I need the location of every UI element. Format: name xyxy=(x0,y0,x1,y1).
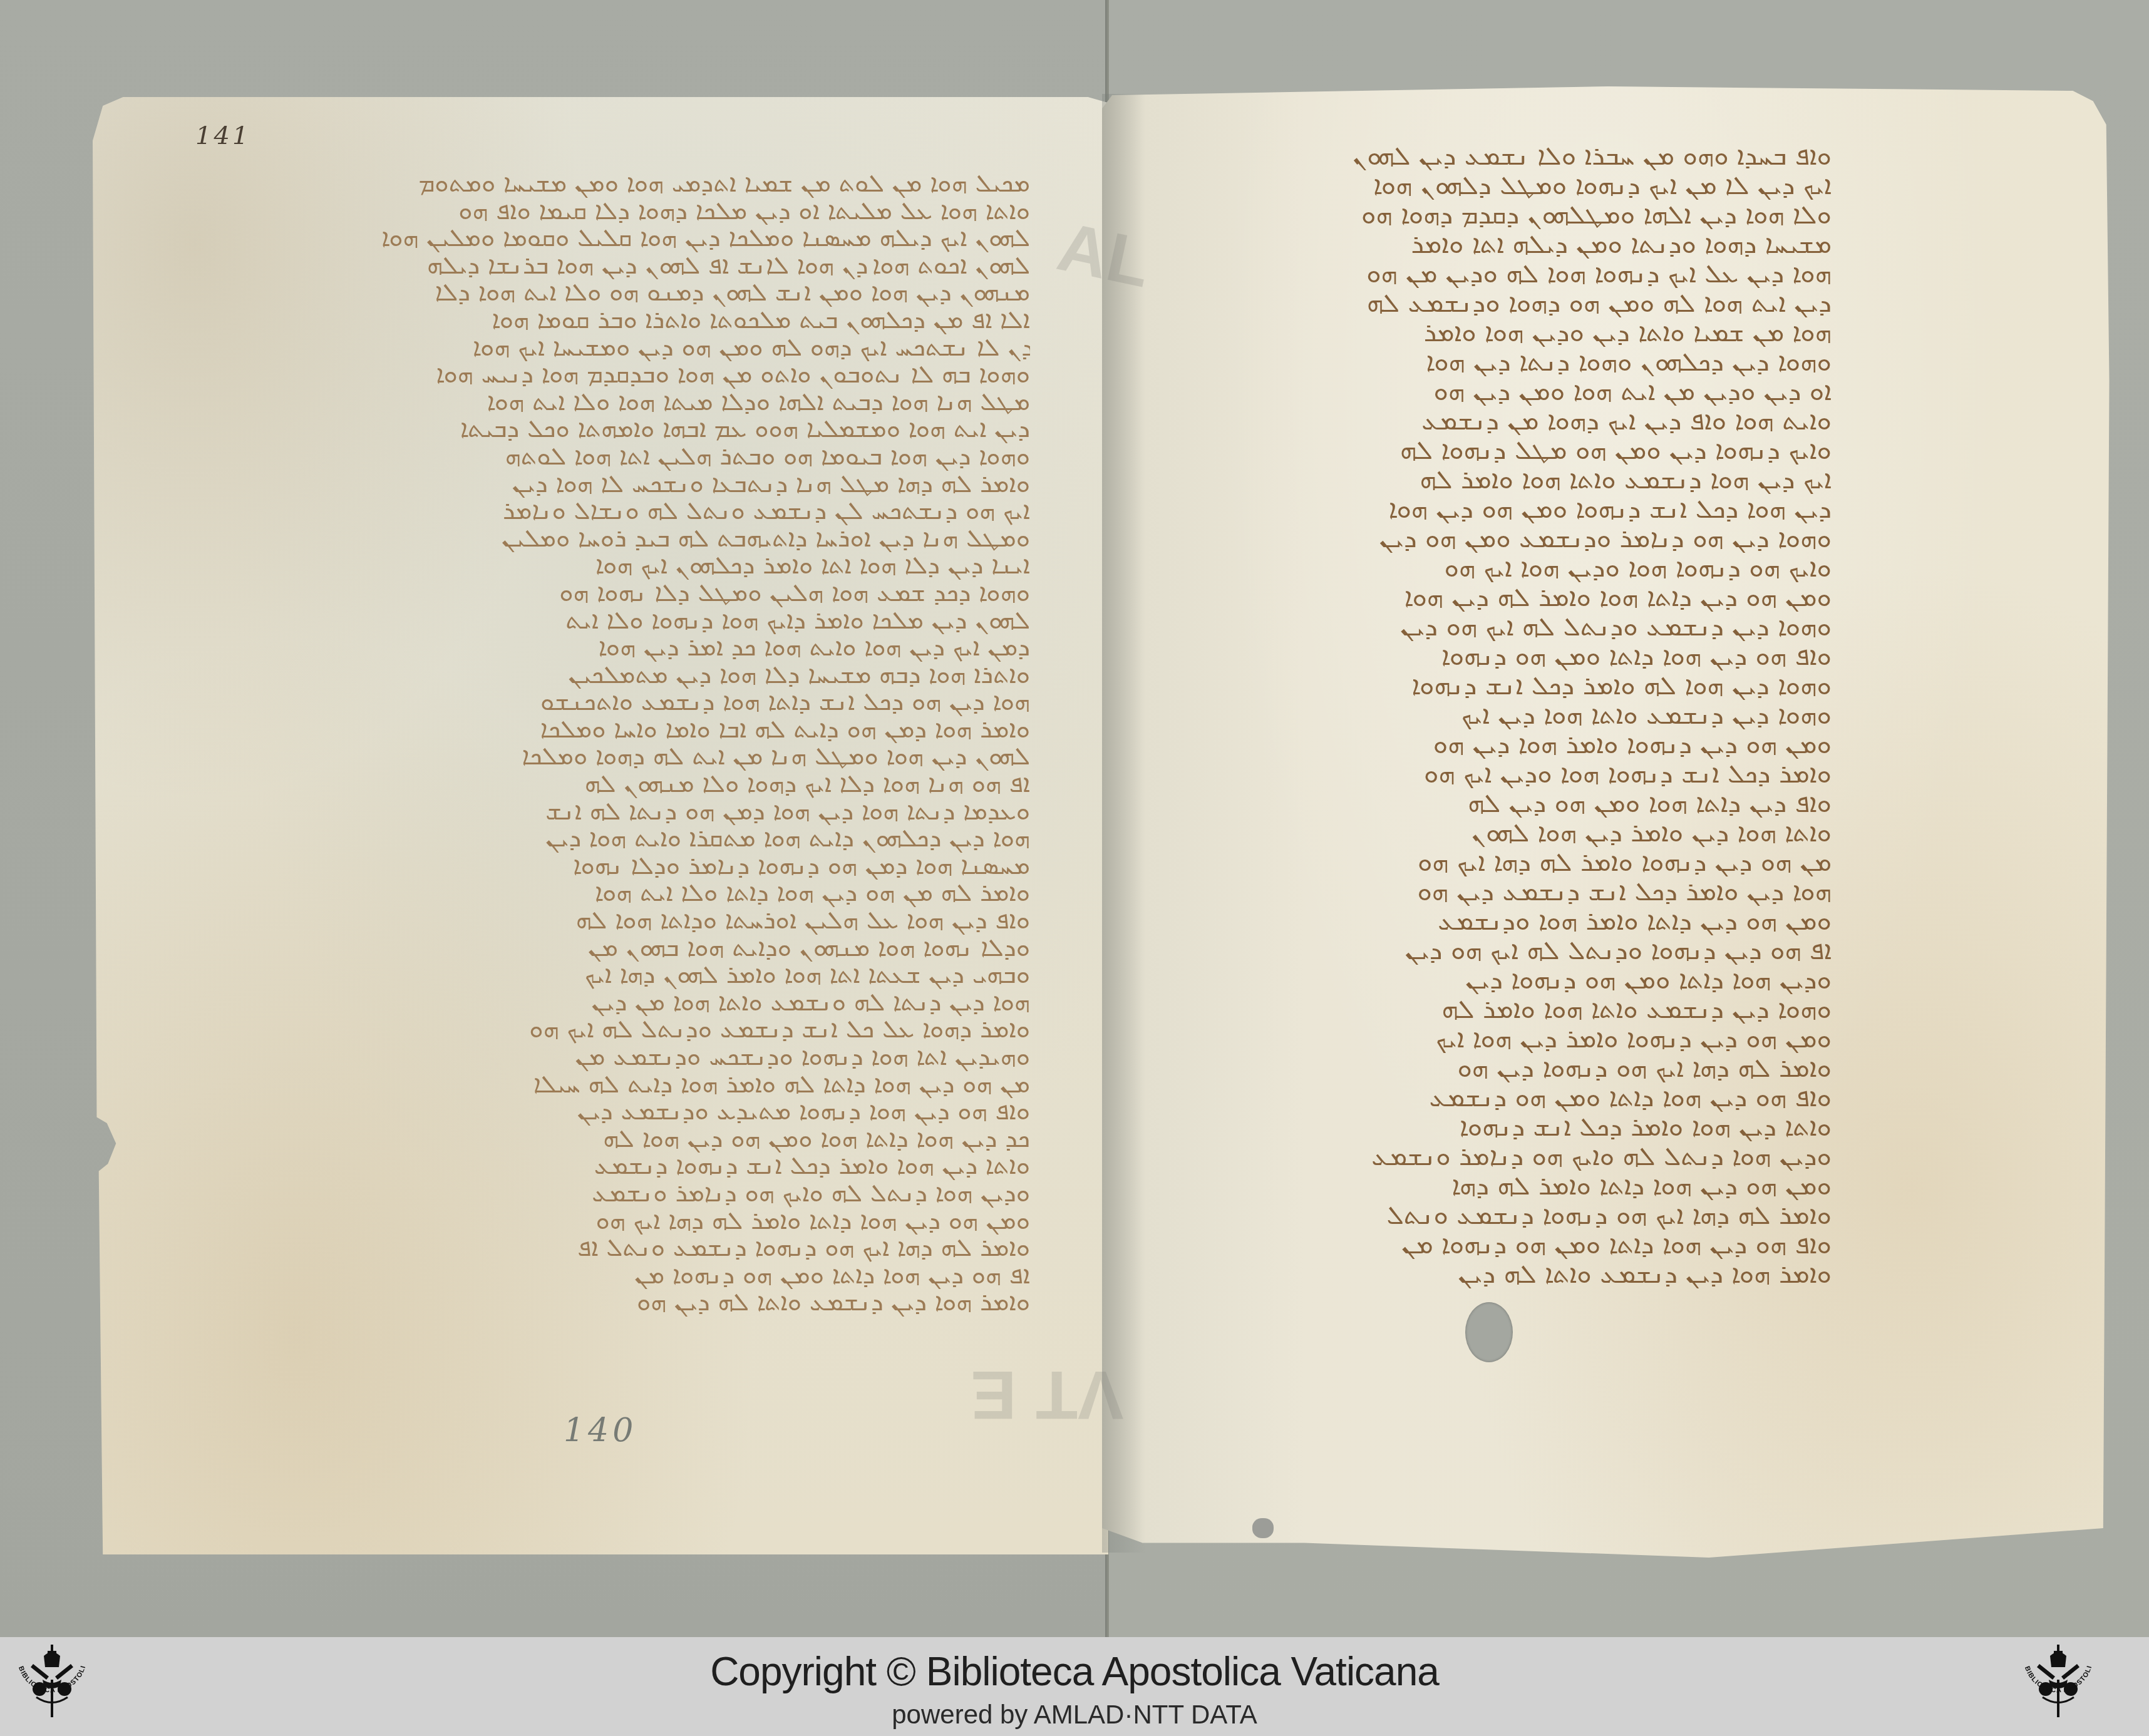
manuscript-line: ܗܘܐ ܕܝܢ ܕܟܠܗܘܢ ܕܐܝܬ ܗܘܐ ܡܬܩܪܐ ܘܐܝܬ ܗܘܐ ܕ… xyxy=(269,825,1030,853)
manuscript-line: ܘܗܘܐ ܕܝܢ ܕܢܫܡܥ ܘܐܬܐ ܗܘܐ ܕܝܢ ܐܝܟ xyxy=(1162,700,1832,729)
copyright-text: Copyright © Biblioteca Apostolica Vatica… xyxy=(0,1648,2149,1695)
manuscript-line: ܠܗܘܢ ܐܟܘܬ ܗܘܐ ܕܢ ܗܘܐ ܠܐܢܫ ܐܦ ܠܗܘܢ ܕܝܢ ܗܘ… xyxy=(269,252,1030,280)
manuscript-line: ܘܡܛܠ ܗܢܐ ܕܝܢ ܐܘܪܚܐ ܕܐܬܝܗܒܬ ܠܗ ܒܝܕ ܪܘܚܐ ܘ… xyxy=(269,525,1030,553)
manuscript-line: ܘܗܘܐ ܕܝܢ ܕܢܫܡܥ ܘܕܢܬܠ ܠܗ ܐܝܟ ܗܘ ܕܝܢ xyxy=(1162,612,1832,641)
manuscript-line: ܘܗܘܐ ܕܝܢ ܕܢܫܡܥ ܘܐܬܐ ܗܘܐ ܘܐܡܪ ܠܗ xyxy=(1162,994,1832,1024)
manuscript-line: ܡܛܠ ܗܢܐ ܗܘܐ ܕܒܝܬ ܐܠܗܐ ܘܕܠܐ ܡܝܬܐ ܗܘܐ ܘܠܐ … xyxy=(269,389,1030,416)
manuscript-line: ܘܐܡܪ ܠܗ ܕܗܐ ܐܝܟ ܗܘ ܕܢܗܘܐ ܕܝܢ ܗܘ xyxy=(1162,1053,1832,1082)
vatican-library-logo-icon: BIBLIOTECA APOSTOLICA VATICANA xyxy=(2011,1642,2105,1733)
manuscript-line: ܘܡܢ ܗܘ ܕܝܢ ܕܢܗܘܐ ܘܐܡܪ ܕܝܢ ܗܘܐ ܐܝܟ xyxy=(1162,1024,1832,1053)
manuscript-line: ܘܡܢ ܗܘ ܕܝܢ ܕܐܬܐ ܘܐܡܪ ܗܘܐ ܘܕܢܫܡܥ xyxy=(1162,906,1832,935)
manuscript-line: ܕܝܢ ܐܝܬ ܗܘܐ ܠܗ ܘܡܢ ܗܘ ܕܗܘܐ ܘܕܢܫܡܥ ܠܗ xyxy=(1162,288,1832,317)
manuscript-line: ܕܝܢ ܐܝܬ ܗܘܐ ܘܡܫܡܠܝܐ ܗܘܘ ܥܡ ܐܒܗܐ ܘܐܡܗܬܐ ܘ… xyxy=(269,416,1030,443)
manuscript-line: ܐܠܐ ܐܦ ܡܢ ܕܟܠܗܘܢ ܒܝܬ ܡܠܟܘܬܐ ܘܐܬܪܐ ܘܒܪ ܩܘ… xyxy=(269,307,1030,334)
manuscript-line: ܘܐܬܐ ܕܝܢ ܗܘܐ ܘܐܡܪ ܕܟܠ ܐܢܫ ܕܢܗܘܐ ܕܢܫܡܥ xyxy=(269,1153,1030,1180)
manuscript-line: ܘܐܡܪ ܕܟܠ ܐܢܫ ܕܢܗܘܐ ܗܘܐ ܘܕܝܢ ܐܝܟ ܗܘ xyxy=(1162,759,1832,788)
manuscript-line: ܐܝܢܐ ܕܝܢ ܕܠܐ ܗܘܐ ܐܬܐ ܘܐܡܪ ܕܟܠܗܘܢ ܐܝܟ ܗܘܐ xyxy=(269,552,1030,580)
manuscript-line: ܘܐܦ ܕܝܢ ܗܘܐ ܥܠ ܗܠܝܢ ܐܘܪܚܬܐ ܘܕܐܬܐ ܗܘܐ ܠܗ xyxy=(269,907,1030,935)
manuscript-line: ܘܐܡܪ ܠܗ ܕܗܐ ܡܛܠ ܗܢܐ ܕܢܬܒܥܐ ܘܢܫܟܚ ܠܐ ܗܘܐ … xyxy=(269,471,1030,498)
manuscript-line: ܠܗܘܢ ܕܝܢ ܡܠܟܐ ܘܐܡܪ ܕܐܝܟ ܗܘܐ ܕܢܗܘܐ ܘܠܐ ܐܝ… xyxy=(269,607,1030,635)
manuscript-line: ܘܗܘܐ ܕܝܢ ܗܘܐ ܠܗ ܘܐܡܪ ܕܟܠ ܐܢܫ ܕܢܗܘܐ xyxy=(1162,670,1832,700)
manuscript-line: ܘܐܦ ܗܘ ܕܝܢ ܗܘܐ ܕܢܗܘܐ ܡܬܝܕܥ ܘܕܢܫܡܥ ܕܝܢ xyxy=(269,1098,1030,1126)
svg-text:BIBLIOTECA APOSTOLICA VATICANA: BIBLIOTECA APOSTOLICA VATICANA xyxy=(2011,1642,2093,1694)
powered-by-text: powered by AMLAD·NTT DATA xyxy=(0,1700,2149,1730)
manuscript-line: ܕܝܢ ܗܘܐ ܕܟܠ ܐܢܫ ܕܢܗܘܐ ܘܡܢ ܗܘ ܕܝܢ ܗܘܐ xyxy=(1162,494,1832,523)
manuscript-line: ܡܢ ܗܘ ܕܝܢ ܗܘܐ ܕܐܬܐ ܠܗ ܘܐܡܪ ܗܘܐ ܕܐܝܬ ܠܗ ܚ… xyxy=(269,1071,1030,1099)
manuscript-line: ܘܕܠܐ ܢܗܘܐ ܗܘܐ ܡܢܗܘܢ ܘܕܐܝܬ ܗܘܐ ܒܗܘܢ ܡܢ xyxy=(269,935,1030,962)
manuscript-line: ܗܘܐ ܕܝܢ ܗܘ ܕܟܠ ܐܢܫ ܕܐܬܐ ܗܘܐ ܕܢܫܡܥ ܘܐܬܟܢܫ… xyxy=(269,689,1030,716)
manuscript-line: ܘܐܡܪ ܗܘܐ ܕܝܢ ܕܢܫܡܥ ܘܐܬܐ ܠܗ ܕܝܢ ܗܘ xyxy=(269,1289,1030,1317)
folio-number-bottom: 140 xyxy=(564,1412,637,1449)
manuscript-line: ܡܢܗܘܢ ܕܝܢ ܗܘܐ ܘܡܢ ܐܢܫ ܠܗܘܢ ܕܡܢܘ ܗܘ ܘܠܐ ܐ… xyxy=(269,279,1030,307)
manuscript-line: ܘܗܘܐ ܕܝܢ ܕܟܠܗܘܢ ܘܗܘܐ ܕܢܬܐ ܕܝܢ ܗܘܐ xyxy=(1162,347,1832,376)
manuscript-line: ܘܐܝܟ ܕܢܗܘܐ ܕܝܢ ܘܡܢ ܗܘ ܡܛܠ ܕܢܗܘܐ ܠܗ xyxy=(1162,435,1832,465)
parchment-hole xyxy=(1465,1302,1513,1362)
manuscript-line: ܘܐܡܪ ܗܘܐ ܕܡܢ ܗܘ ܕܐܝܬ ܠܗ ܐܒܐ ܘܐܡܐ ܘܐܚܐ ܘܡ… xyxy=(269,716,1030,744)
manuscript-line: ܘܐܡܪ ܠܗ ܡܢ ܗܘ ܕܝܢ ܗܘܐ ܕܐܬܐ ܘܠܐ ܐܝܬ ܗܘܐ xyxy=(269,880,1030,907)
manuscript-line: ܘܐܦ ܗܘ ܕܝܢ ܗܘܐ ܕܐܬܐ ܘܡܢ ܗܘ ܕܢܗܘܐ xyxy=(1162,641,1832,670)
manuscript-viewer[interactable]: 141 140 ܡܟܝܠ ܗܘܐ ܡܢ ܠܘܬ ܡܢ ܫܡܝܐ ܐܬܕܡܝ ܗܘ… xyxy=(0,0,2149,1637)
manuscript-line: ܡܚܣܢܐ ܗܘܐ ܕܡܢ ܗܘ ܕܢܗܘܐ ܕܢܐܡܪ ܘܕܠܐ ܢܗܘܐ xyxy=(269,853,1030,880)
manuscript-line: ܗܘܐ ܕܝܢ ܥܠ ܐܝܟ ܕܢܗܘܐ ܗܘܐ ܠܗ ܘܕܝܢ ܡܢ ܗܘ xyxy=(1162,259,1832,288)
manuscript-line: ܘܐܬܐ ܕܝܢ ܗܘܐ ܘܐܡܪ ܕܟܠ ܐܢܫ ܕܢܗܘܐ xyxy=(1162,1112,1832,1141)
manuscript-line: ܘܡܢ ܗܘ ܕܝܢ ܕܐܬܐ ܗܘܐ ܘܐܡܪ ܠܗ ܕܝܢ ܗܘܐ xyxy=(1162,582,1832,612)
manuscript-line: ܐܝܟ ܗܘ ܕܢܫܬܟܚ ܠܢ ܕܢܫܡܥ ܘܢܬܠ ܠܗ ܘܢܫܐܠ ܘܢܐ… xyxy=(269,498,1030,525)
manuscript-line: ܠܗܘܢ ܐܝܟ ܕܝܠܗ ܡܚܣܢܐ ܘܡܠܟܐ ܕܝܢ ܗܘܐ ܩܠܝܠ ܘ… xyxy=(269,225,1030,252)
manuscript-line: ܘܐܡܪ ܕܗܘܐ ܥܠ ܟܠ ܐܢܫ ܕܢܫܡܥ ܘܕܢܬܠ ܠܗ ܐܝܟ ܗ… xyxy=(269,1016,1030,1044)
manuscript-line: ܘܗܘܐ ܕܝܢ ܗܘܐ ܒܝܘܡܐ ܗܘ ܘܒܬܪ ܗܠܝܢ ܐܬܐ ܗܘܐ … xyxy=(269,443,1030,471)
manuscript-line: ܘܐܝܬ ܗܘܐ ܘܐܦ ܕܝܢ ܐܝܟ ܕܗܘܐ ܡܢ ܕܢܫܡܥ xyxy=(1162,406,1832,435)
manuscript-line: ܟܕ ܕܝܢ ܗܘܐ ܕܐܬܐ ܗܘܐ ܘܡܢ ܗܘ ܕܝܢ ܗܘܐ ܠܗ xyxy=(269,1126,1030,1153)
manuscript-line: ܐܦ ܗܘ ܕܝܢ ܕܢܗܘܐ ܘܕܢܬܠ ܠܗ ܐܝܟ ܗܘ ܕܝܢ xyxy=(1162,935,1832,965)
manuscript-line: ܘܐܡܪ ܠܗ ܕܗܐ ܐܝܟ ܗܘ ܕܢܗܘܐ ܕܢܫܡܥ ܘܢܬܠ xyxy=(1162,1200,1832,1230)
manuscript-line: ܘܥܕܡܐ ܕܢܬܐ ܗܘܐ ܕܝܢ ܗܘܐ ܕܡܢ ܗܘ ܕܢܬܐ ܠܗ ܐܢ… xyxy=(269,798,1030,826)
manuscript-line: ܘܐܦ ܕܝܢ ܕܐܬܐ ܗܘܐ ܘܡܢ ܗܘ ܕܝܢ ܠܗ xyxy=(1162,788,1832,818)
manuscript-line: ܕܡܢ ܐܝܟ ܕܝܢ ܗܘܐ ܘܐܝܬ ܗܘܐ ܟܕ ܐܡܪ ܕܝܢ ܗܘܐ xyxy=(269,634,1030,662)
manuscript-line: ܘܐܡܪ ܗܘܐ ܕܝܢ ܕܢܫܡܥ ܘܐܬܐ ܠܗ ܕܝܢ xyxy=(1162,1259,1832,1288)
manuscript-line: ܘܐܦ ܒܚܕܐ ܘܗܘ ܡܢ ܚܒܪܐ ܘܠܐ ܢܫܡܥ ܕܝܢ ܠܗܘܢ xyxy=(1162,141,1832,170)
manuscript-line: ܘܗܘܐ ܒܗ ܠܐ ܢܬܘܒܘܢ ܘܐܬܘ ܡܢ ܗܘܐ ܘܒܕܩܕܡ ܗܘܐ… xyxy=(269,361,1030,389)
manuscript-line: ܕܢ ܠܐ ܢܫܬܟܚ ܐܝܟ ܕܗܘ ܠܗ ܘܡܢ ܗܘ ܕܝܢ ܘܡܫܝܚܐ… xyxy=(269,334,1030,362)
manuscript-line: ܐܦ ܗܘ ܕܝܢ ܗܘܐ ܕܐܬܐ ܘܡܢ ܗܘ ܕܢܗܘܐ ܡܢ xyxy=(269,1262,1030,1290)
copyright-footer: BIBLIOTECA APOSTOLICA VATICANA Copyright… xyxy=(0,1637,2149,1736)
manuscript-line: ܡܟܝܠ ܗܘܐ ܡܢ ܠܘܬ ܡܢ ܫܡܝܐ ܐܬܕܡܝ ܗܘܐ ܘܡܢ ܡܫ… xyxy=(269,170,1030,198)
manuscript-line: ܐܝܟ ܕܝܢ ܗܘܐ ܕܢܫܡܥ ܘܐܬܐ ܗܘܐ ܘܐܡܪ ܠܗ xyxy=(1162,465,1832,494)
manuscript-line: ܐܦ ܗܘ ܗܢܐ ܗܘܐ ܕܠܐ ܐܝܟ ܕܗܘܐ ܘܠܐ ܡܢܗܘܢ ܠܗ xyxy=(269,771,1030,798)
manuscript-line: ܡܫܝܚܐ ܕܗܘܐ ܘܕܢܬܐ ܘܡܢ ܕܝܠܗ ܐܬܐ ܘܐܡܪ xyxy=(1162,229,1832,259)
manuscript-line: ܘܕܝܢ ܗܘܐ ܕܐܬܐ ܘܡܢ ܗܘ ܕܢܗܘܐ ܕܝܢ xyxy=(1162,965,1832,994)
spine-shadow xyxy=(1102,94,1146,1553)
manuscript-line: ܘܡܢ ܗܘ ܕܝܢ ܗܘܐ ܕܐܬܐ ܘܐܡܪ ܠܗ ܕܗܐ xyxy=(1162,1171,1832,1200)
left-page-text: ܡܟܝܠ ܗܘܐ ܡܢ ܠܘܬ ܡܢ ܫܡܝܐ ܐܬܕܡܝ ܗܘܐ ܘܡܢ ܡܫ… xyxy=(269,170,1030,1317)
manuscript-line: ܡܢ ܗܘ ܕܝܢ ܕܢܗܘܐ ܘܐܡܪ ܠܗ ܕܗܐ ܐܝܟ ܗܘ xyxy=(1162,847,1832,876)
manuscript-line: ܗܘܐ ܡܢ ܫܡܝܐ ܘܐܬܐ ܕܝܢ ܘܕܝܢ ܗܘܐ ܘܐܡܪ xyxy=(1162,317,1832,347)
manuscript-line: ܘܐܦ ܗܘ ܕܝܢ ܗܘܐ ܕܐܬܐ ܘܡܢ ܗܘ ܕܢܫܡܥ xyxy=(1162,1082,1832,1112)
manuscript-line: ܘܐܬܐ ܗܘܐ ܥܠ ܡܠܝܬܐ ܐܘ ܕܝܢ ܡܠܟܐ ܕܗܘܐ ܕܠܐ ܩ… xyxy=(269,198,1030,225)
manuscript-line: ܘܡܢ ܗܘ ܕܝܢ ܕܢܗܘܐ ܘܐܡܪ ܗܘܐ ܕܝܢ ܗܘ xyxy=(1162,729,1832,759)
manuscript-line: ܘܡܢ ܗܘ ܕܝܢ ܗܘܐ ܕܐܬܐ ܘܐܡܪ ܠܗ ܕܗܐ ܐܝܟ ܗܘ xyxy=(269,1208,1030,1235)
right-page-text: ܘܐܦ ܒܚܕܐ ܘܗܘ ܡܢ ܚܒܪܐ ܘܠܐ ܢܫܡܥ ܕܝܢ ܠܗܘܢܐܝ… xyxy=(1162,141,1832,1288)
manuscript-line: ܘܒܗܝ ܕܝܢ ܫܥܬܐ ܐܬܐ ܗܘܐ ܘܐܡܪ ܠܗܘܢ ܕܗܐ ܐܝܟ xyxy=(269,962,1030,989)
manuscript-line: ܘܠܐ ܗܘܐ ܕܝܢ ܐܠܗܐ ܘܡܛܠܗܘܢ ܕܩܕܡ ܕܗܘܐ ܗܘ xyxy=(1162,200,1832,229)
manuscript-line: ܘܗܘܐ ܕܝܢ ܗܘ ܕܢܐܡܪ ܘܕܢܫܡܥ ܘܡܢ ܗܘ ܕܝܢ xyxy=(1162,523,1832,553)
manuscript-line: ܘܐܦ ܗܘ ܕܝܢ ܗܘܐ ܕܐܬܐ ܘܡܢ ܗܘ ܕܢܗܘܐ ܡܢ xyxy=(1162,1230,1832,1259)
parchment-hole-small xyxy=(1252,1518,1274,1538)
manuscript-line: ܘܐܬܐ ܗܘܐ ܕܝܢ ܘܐܡܪ ܕܝܢ ܗܘܐ ܠܗܘܢ xyxy=(1162,818,1832,847)
manuscript-line: ܐܝܟ ܕܝܢ ܠܐ ܡܢ ܐܝܟ ܕܢܗܘܐ ܘܡܛܠ ܕܠܗܘܢ ܗܘܐ xyxy=(1162,170,1832,200)
manuscript-line: ܘܕܝܢ ܗܘܐ ܕܢܬܠ ܠܗ ܘܐܝܟ ܗܘ ܕܢܐܡܪ ܘܢܫܡܥ xyxy=(269,1180,1030,1208)
manuscript-line: ܘܐܡܪ ܠܗ ܕܗܐ ܐܝܟ ܗܘ ܕܢܗܘܐ ܕܢܫܡܥ ܘܢܬܠ ܐܦ xyxy=(269,1235,1030,1262)
manuscript-line: ܘܗܘܐ ܕܟܕ ܫܡܥ ܗܘܐ ܗܠܝܢ ܘܡܛܠ ܕܠܐ ܢܗܘܐ ܗܘ xyxy=(269,580,1030,607)
manuscript-line: ܘܕܝܢ ܗܘܐ ܕܢܬܠ ܠܗ ܘܐܝܟ ܗܘ ܕܢܐܡܪ ܘܢܫܡܥ xyxy=(1162,1141,1832,1171)
folio-number-top: 141 xyxy=(195,121,250,150)
watermark-bottom: VT E xyxy=(971,1355,1124,1435)
manuscript-line: ܠܗܘܢ ܕܝܢ ܗܘܐ ܘܡܛܠ ܗܢܐ ܡܢ ܐܝܬ ܠܗ ܕܗܘܐ ܘܡܠ… xyxy=(269,743,1030,771)
manuscript-line: ܘܗܝܕܝܢ ܐܬܐ ܗܘܐ ܕܢܗܘܐ ܘܕܢܫܟܚ ܘܕܢܫܡܥ ܡܢ xyxy=(269,1044,1030,1071)
manuscript-line: ܗܘܐ ܕܝܢ ܘܐܡܪ ܕܟܠ ܐܢܫ ܕܢܫܡܥ ܕܝܢ ܗܘ xyxy=(1162,876,1832,906)
manuscript-line: ܘܐܝܟ ܗܘ ܕܢܗܘܐ ܗܘܐ ܘܕܝܢ ܗܘܐ ܐܝܟ ܗܘ xyxy=(1162,553,1832,582)
manuscript-line: ܗܘܐ ܕܝܢ ܕܢܬܐ ܠܗ ܘܢܫܡܥ ܘܐܬܐ ܗܘܐ ܡܢ ܕܝܢ xyxy=(269,989,1030,1017)
manuscript-line: ܐܘ ܕܝܢ ܘܕܝܢ ܡܢ ܐܝܬ ܗܘܐ ܘܡܢ ܕܝܢ ܗܘ xyxy=(1162,376,1832,406)
manuscript-line: ܘܐܬܪܐ ܗܘܐ ܕܒܗ ܡܫܝܚܐ ܕܠܐ ܗܘܐ ܕܝܢ ܡܬܡܠܟܝܢ xyxy=(269,662,1030,689)
